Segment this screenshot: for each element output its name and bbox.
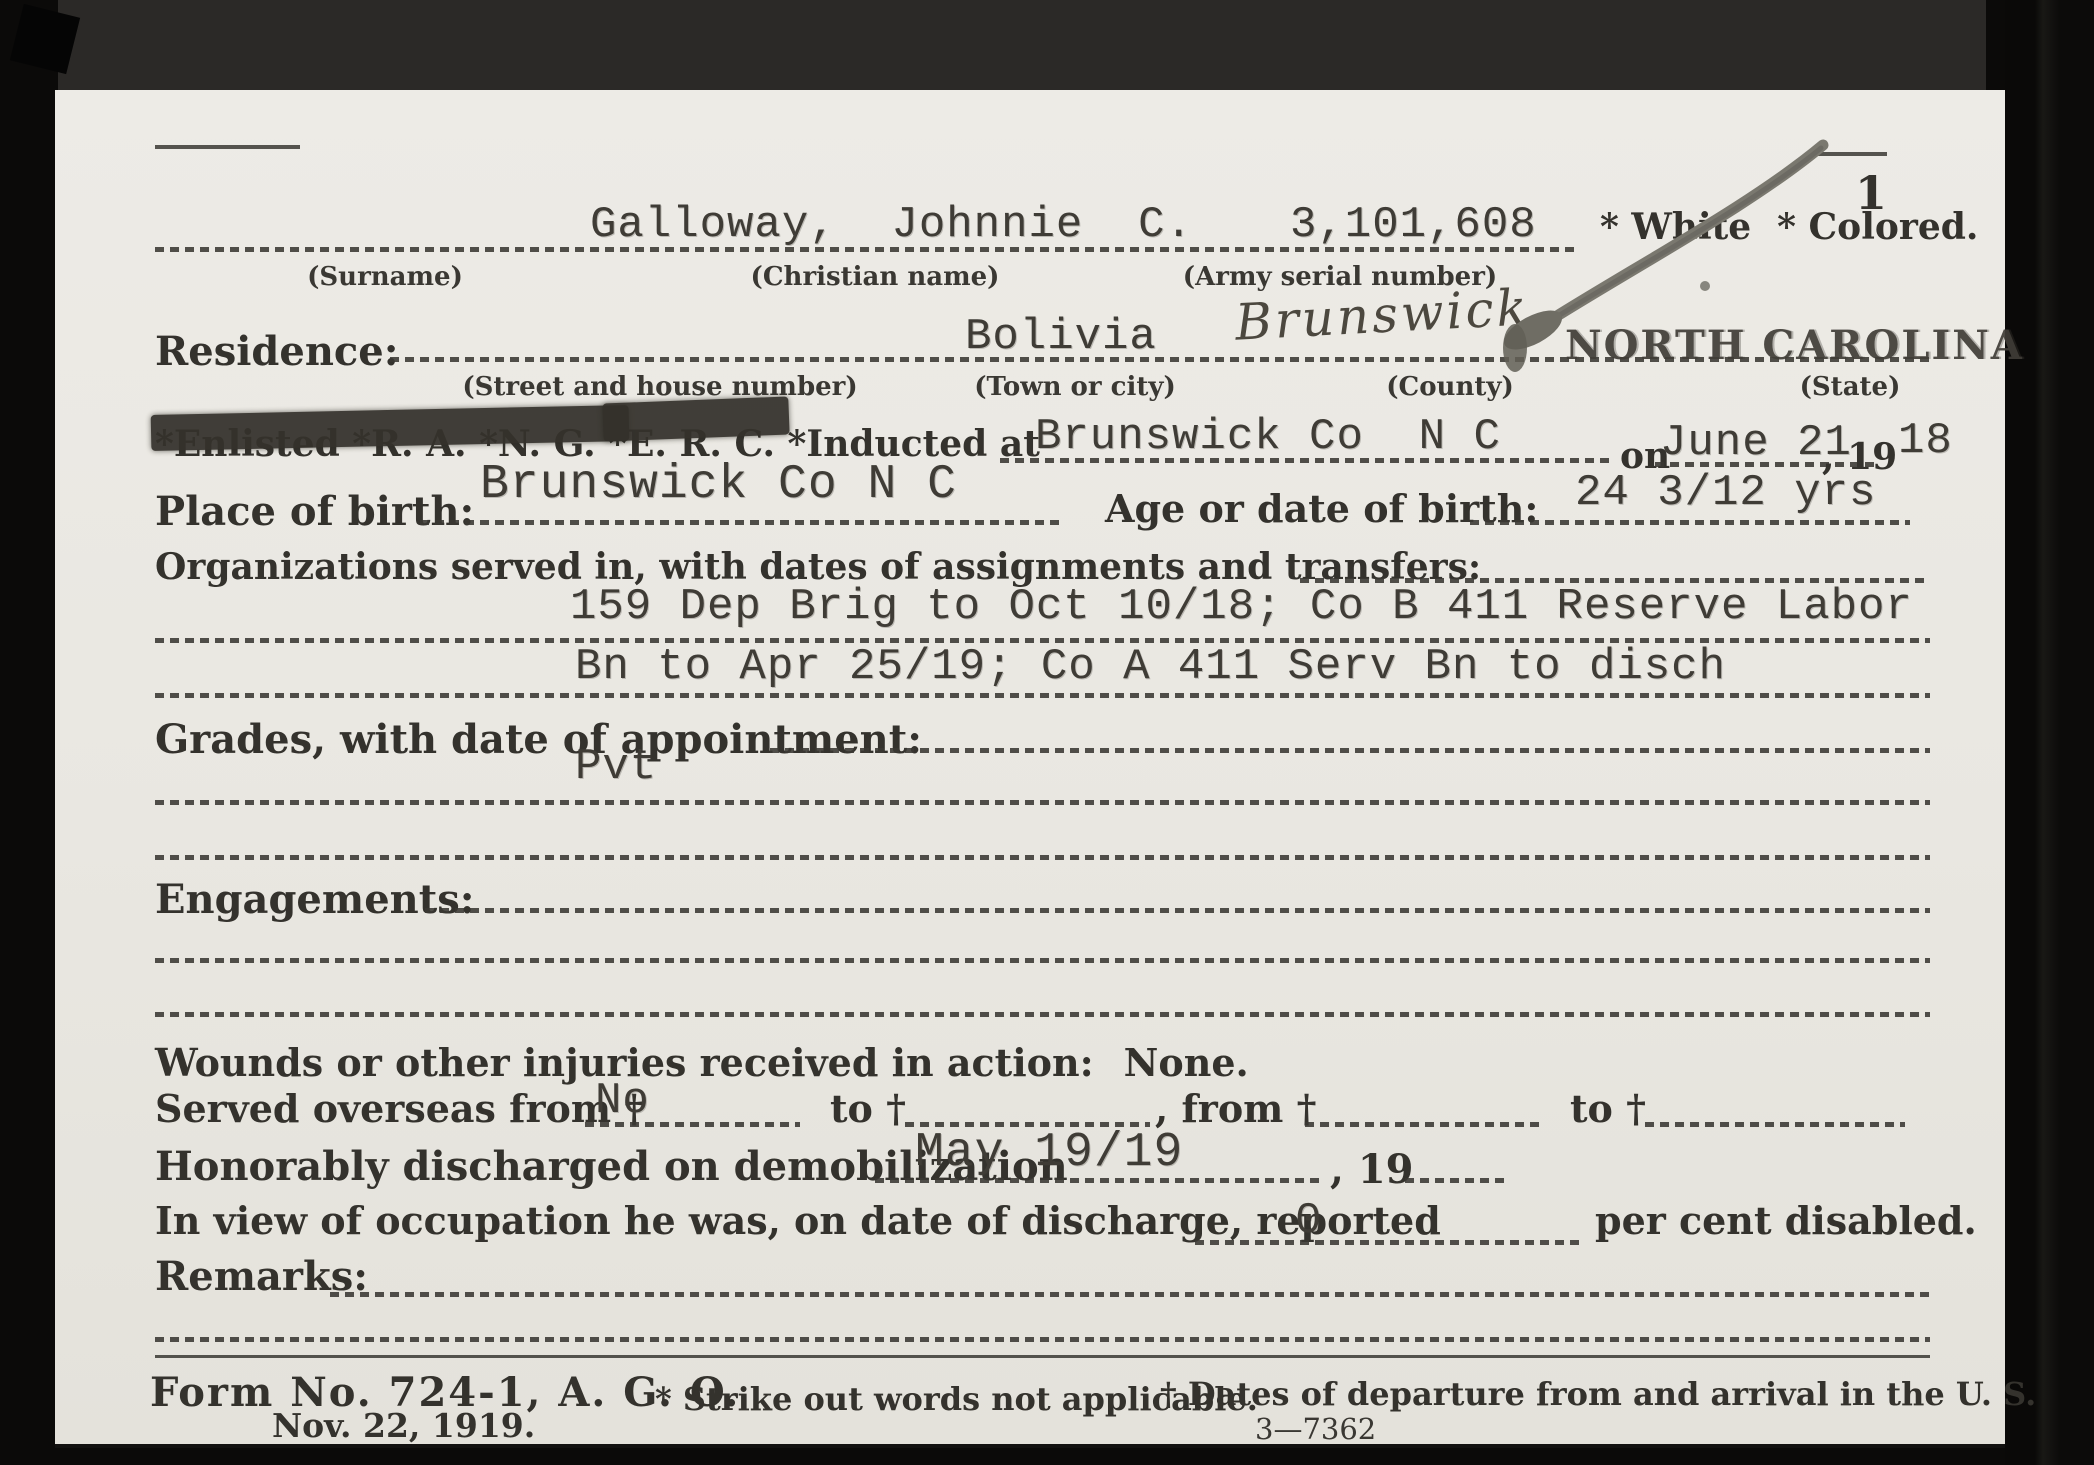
disability-label: In view of occupation he was, on date of… (155, 1200, 1441, 1242)
discharge-line-1 (875, 1178, 1320, 1183)
overseas-line-3 (1305, 1122, 1545, 1127)
engagements-line-1 (155, 958, 1930, 963)
residence-label: Residence: (155, 330, 398, 374)
grades-line-2 (155, 855, 1930, 860)
scanned-document-page: 1 Galloway, Johnnie C. 3,101,608 * White… (0, 0, 2094, 1465)
scan-right-edge (2005, 0, 2094, 1465)
age-line (1470, 520, 1910, 525)
town-caption: (Town or city) (974, 372, 1176, 402)
discharge-line-2 (1405, 1178, 1510, 1183)
place-of-birth-label: Place of birth: (155, 490, 474, 534)
engagements-line-0 (425, 908, 1930, 913)
overseas-from-value: No (595, 1076, 650, 1126)
organizations-entry-1: 159 Dep Brig to Oct 10/18; Co B 411 Rese… (570, 582, 1913, 632)
name-value: Galloway, Johnnie C. (590, 200, 1193, 250)
place-of-birth-value: Brunswick Co N C (480, 458, 957, 512)
residence-town-value: Bolivia (965, 312, 1157, 362)
place-of-birth-line (420, 520, 1060, 525)
engagements-label: Engagements: (155, 878, 475, 922)
overseas-line-4 (1645, 1122, 1905, 1127)
footer-solid-rule (155, 1355, 1930, 1358)
top-left-rule (155, 145, 300, 149)
engagements-line-2 (155, 1012, 1930, 1017)
scan-background-band (58, 0, 1986, 92)
overseas-line-1 (585, 1122, 800, 1127)
year-typed: 18 (1898, 416, 1953, 466)
grades-line-0 (770, 748, 1930, 753)
organizations-line-2 (155, 693, 1930, 698)
discharge-date-value: May 19/19 (915, 1126, 1183, 1180)
top-right-rule (1807, 152, 1887, 156)
disability-value: 0 (1295, 1196, 1322, 1246)
remarks-line (330, 1292, 1930, 1297)
form-date: Nov. 22, 1919. (272, 1408, 535, 1444)
serial-number-value: 3,101,608 (1290, 200, 1537, 250)
race-option-white: * White (1600, 208, 1751, 248)
grades-value: Pvt (575, 742, 657, 792)
inducted-place-value: Brunswick Co N C (1035, 412, 1501, 462)
grades-line-1 (155, 800, 1930, 805)
overseas-to-label-1: to † (830, 1088, 906, 1130)
disability-suffix: per cent disabled. (1595, 1200, 1977, 1242)
surname-caption: (Surname) (307, 262, 463, 292)
christian-name-caption: (Christian name) (751, 262, 1000, 292)
strikeout-bar (602, 396, 789, 441)
residence-state-stamp: NORTH CAROLINA (1565, 322, 2024, 369)
name-line (155, 247, 1580, 252)
age-value: 24 3/12 yrs (1575, 468, 1876, 518)
overseas-from-label: Served overseas from † (155, 1088, 644, 1130)
print-code: 3—7362 (1255, 1412, 1376, 1446)
footer-dashed-rule (155, 1337, 1930, 1342)
organizations-entry-2: Bn to Apr 25/19; Co A 411 Serv Bn to dis… (575, 642, 1726, 692)
state-caption: (State) (1800, 372, 1901, 402)
inducted-place-line (1000, 458, 1610, 463)
race-option-colored: * Colored. (1777, 208, 1978, 248)
grades-label: Grades, with date of appointment: (155, 718, 922, 762)
wounds-value: None. (1124, 1042, 1249, 1084)
overseas-from-label-2: , from † (1155, 1088, 1316, 1130)
dagger-note: † Dates of departure from and arrival in… (1160, 1377, 2036, 1412)
street-caption: (Street and house number) (462, 372, 857, 402)
discharge-year-printed: , 19 (1330, 1148, 1414, 1192)
disability-line (1195, 1240, 1580, 1245)
overseas-to-label-2: to † (1570, 1088, 1646, 1130)
county-caption: (County) (1386, 372, 1514, 402)
service-record-card: 1 Galloway, Johnnie C. 3,101,608 * White… (55, 90, 2005, 1444)
